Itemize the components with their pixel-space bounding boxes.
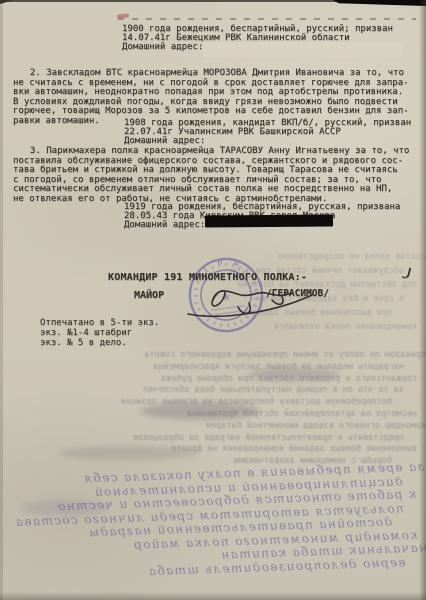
text-line: дисциплинированной и исполнительной <box>0 475 403 503</box>
text-line: приказом по полку от имени президиума ве… <box>0 350 426 362</box>
scan-bottom-edge-shadow <box>0 592 426 600</box>
text-line: начальник штаба капитан <box>1 542 426 570</box>
commander-signature <box>182 280 332 325</box>
text-line: за время пребывания в полку показала себ… <box>0 461 424 489</box>
ink-smudge <box>248 368 340 381</box>
morozov-service-info: 1908 года рождения, кандидат ВКП/б/, рус… <box>124 119 411 147</box>
scan-right-edge-shadow <box>419 0 426 600</box>
text-line: представить к правительственной награде … <box>0 433 404 445</box>
text-line: наградить медалью за боевые заслуги крас… <box>0 362 404 374</box>
ink-smudge <box>20 500 110 516</box>
address-redaction-patch <box>203 43 403 57</box>
copies-distribution-note: Отпечатано в 5-ти экз.экз. №1-4 штабригэ… <box>40 319 159 348</box>
text-line: экз. № 5 в дело. <box>40 339 159 349</box>
stray-ink-mark <box>402 266 412 279</box>
document-page: состав полка не посредственнообслуживает… <box>0 0 426 600</box>
commander-rank: МАЙОР <box>134 290 164 301</box>
bleedthrough-handwriting: за время пребывания в полку показала себ… <box>0 461 426 584</box>
text-line: за то что он в период наступательных бое… <box>0 385 404 397</box>
text-line: командир минометного полка майор <box>1 528 418 556</box>
ink-smudge <box>58 446 198 460</box>
text-line: Домашний адрес: <box>124 137 411 146</box>
scan-left-edge-shadow <box>0 0 3 600</box>
text-line: верно делопроизводитель штаба <box>2 556 406 584</box>
citation-paragraph-3: 3. Парикмахера полка красноармейца ТАРАС… <box>13 147 409 205</box>
text-line: борьбы с немецкими захватчиками <box>0 456 392 468</box>
ink-smudge <box>140 402 260 420</box>
top-right-redaction-bar <box>333 0 426 6</box>
text-line: командир огневого взвода минометной бата… <box>0 421 426 433</box>
text-line: достойна правительственной награды <box>0 516 392 543</box>
overstrike-dashes <box>118 18 416 20</box>
text-line: сержантского и рядового состава при обор… <box>0 374 417 386</box>
address-redaction-bar <box>205 215 333 228</box>
